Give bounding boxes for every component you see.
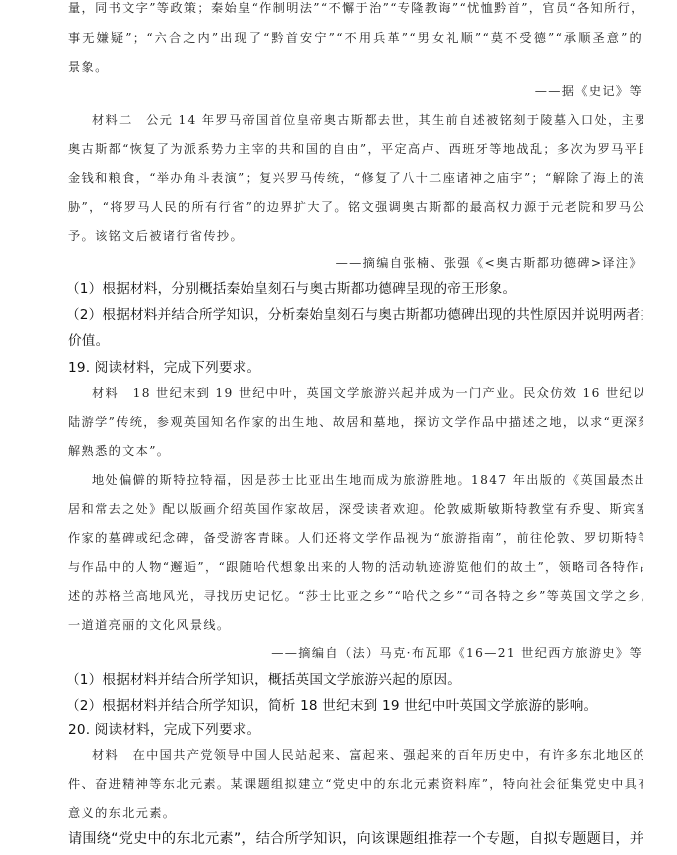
material-two-line: 予。该铭文后被诸行省传抄。 [68,226,643,246]
material-one-line: 景象。 [68,57,643,77]
q19-material-line: 居和常去之处》配以版画介绍英国作家故居，深受读者欢迎。伦敦威斯敏斯特教堂有乔叟、… [68,499,643,519]
question-20-title: 20. 阅读材料，完成下列要求。 [68,720,643,740]
question-19-title: 19. 阅读材料，完成下列要求。 [68,358,643,378]
q19-material-line: 述的苏格兰高地风光，寻找历史记忆。“莎士比亚之乡”“哈代之乡”“司各特之乡”等英… [68,586,643,606]
exam-page: 量，同书文字”等政策；秦始皇“作制明法”“不懈于治”“专隆教诲”“忧恤黔首”，官… [0,0,677,855]
q19-material-line: 地处偏僻的斯特拉特福，因是莎士比亚出生地而成为旅游胜地。1847 年出版的《英国… [92,470,643,490]
q20-material-line: 件、奋进精神等东北元素。某课题组拟建立“党史中的东北元素资料库”，特向社会征集党… [68,774,643,794]
question-20: 请围绕“党史中的东北元素”，结合所学知识，向该课题组推荐一个专题，自拟专题题目，… [68,829,643,849]
material-two-line: 材料二 公元 14 年罗马帝国首位皇帝奥古斯都去世，其生前自述被铭刻于陵墓入口处… [92,110,643,130]
material-one-source: ——据《史记》等 [535,81,643,101]
question-18-2-cont: 价值。 [68,331,643,351]
q19-material-line: 材料 18 世纪末到 19 世纪中叶，英国文学旅游兴起并成为一门产业。民众仿效 … [92,383,643,403]
question-19-2: （2）根据材料并结合所学知识，简析 18 世纪末到 19 世纪中叶英国文学旅游的… [66,696,641,716]
material-one-line: 事无嫌疑”；“六合之内”出现了“黔首安宁”“不用兵革”“男女礼顺”“莫不受德”“… [68,28,643,48]
material-two-source: ——摘编自张楠、张强《<奥古斯都功德碑>译注》 [336,253,643,273]
question-18-1: （1）根据材料，分别概括秦始皇刻石与奥古斯都功德碑呈现的帝王形象。 [66,279,641,299]
q19-source: ——摘编自（法）马克·布瓦耶《16—21 世纪西方旅游史》等 [271,643,643,663]
q19-material-line: 陆游学”传统，参观英国知名作家的出生地、故居和墓地，探访文学作品中描述之地，以求… [68,412,643,432]
material-one-line: 量，同书文字”等政策；秦始皇“作制明法”“不懈于治”“专隆教诲”“忧恤黔首”，官… [68,0,643,18]
material-two-line: 金钱和粮食，“举办角斗表演”；复兴罗马传统，“修复了八十二座诸神之庙宇”；“解除… [68,168,643,188]
q19-material-line: 作家的墓碑或纪念碑，备受游客青睐。人们还将文学作品视为“旅游指南”，前往伦敦、罗… [68,528,643,548]
q20-material-line: 意义的东北元素。 [68,803,643,823]
q20-material-line: 材料 在中国共产党领导中国人民站起来、富起来、强起来的百年历史中，有许多东北地区… [92,745,643,765]
question-18-2: （2）根据材料并结合所学知识，分析秦始皇刻石与奥古斯都功德碑出现的共性原因并说明… [66,305,643,325]
material-two-line: 胁”，“将罗马人民的所有行省”的边界扩大了。铭文强调奥古斯都的最高权力源于元老院… [68,197,643,217]
question-19-1: （1）根据材料并结合所学知识，概括英国文学旅游兴起的原因。 [66,670,641,690]
material-two-line: 奥古斯都“恢复了为派系势力主宰的共和国的自由”，平定高卢、西班牙等地战乱；多次为… [68,139,643,159]
q19-material-line: 解熟悉的文本”。 [68,441,643,461]
q19-material-line: 与作品中的人物“邂逅”，“跟随哈代想象出来的人物的活动轨迹游览他们的故土”，领略… [68,557,643,577]
q19-material-line: 一道道亮丽的文化风景线。 [68,615,643,635]
